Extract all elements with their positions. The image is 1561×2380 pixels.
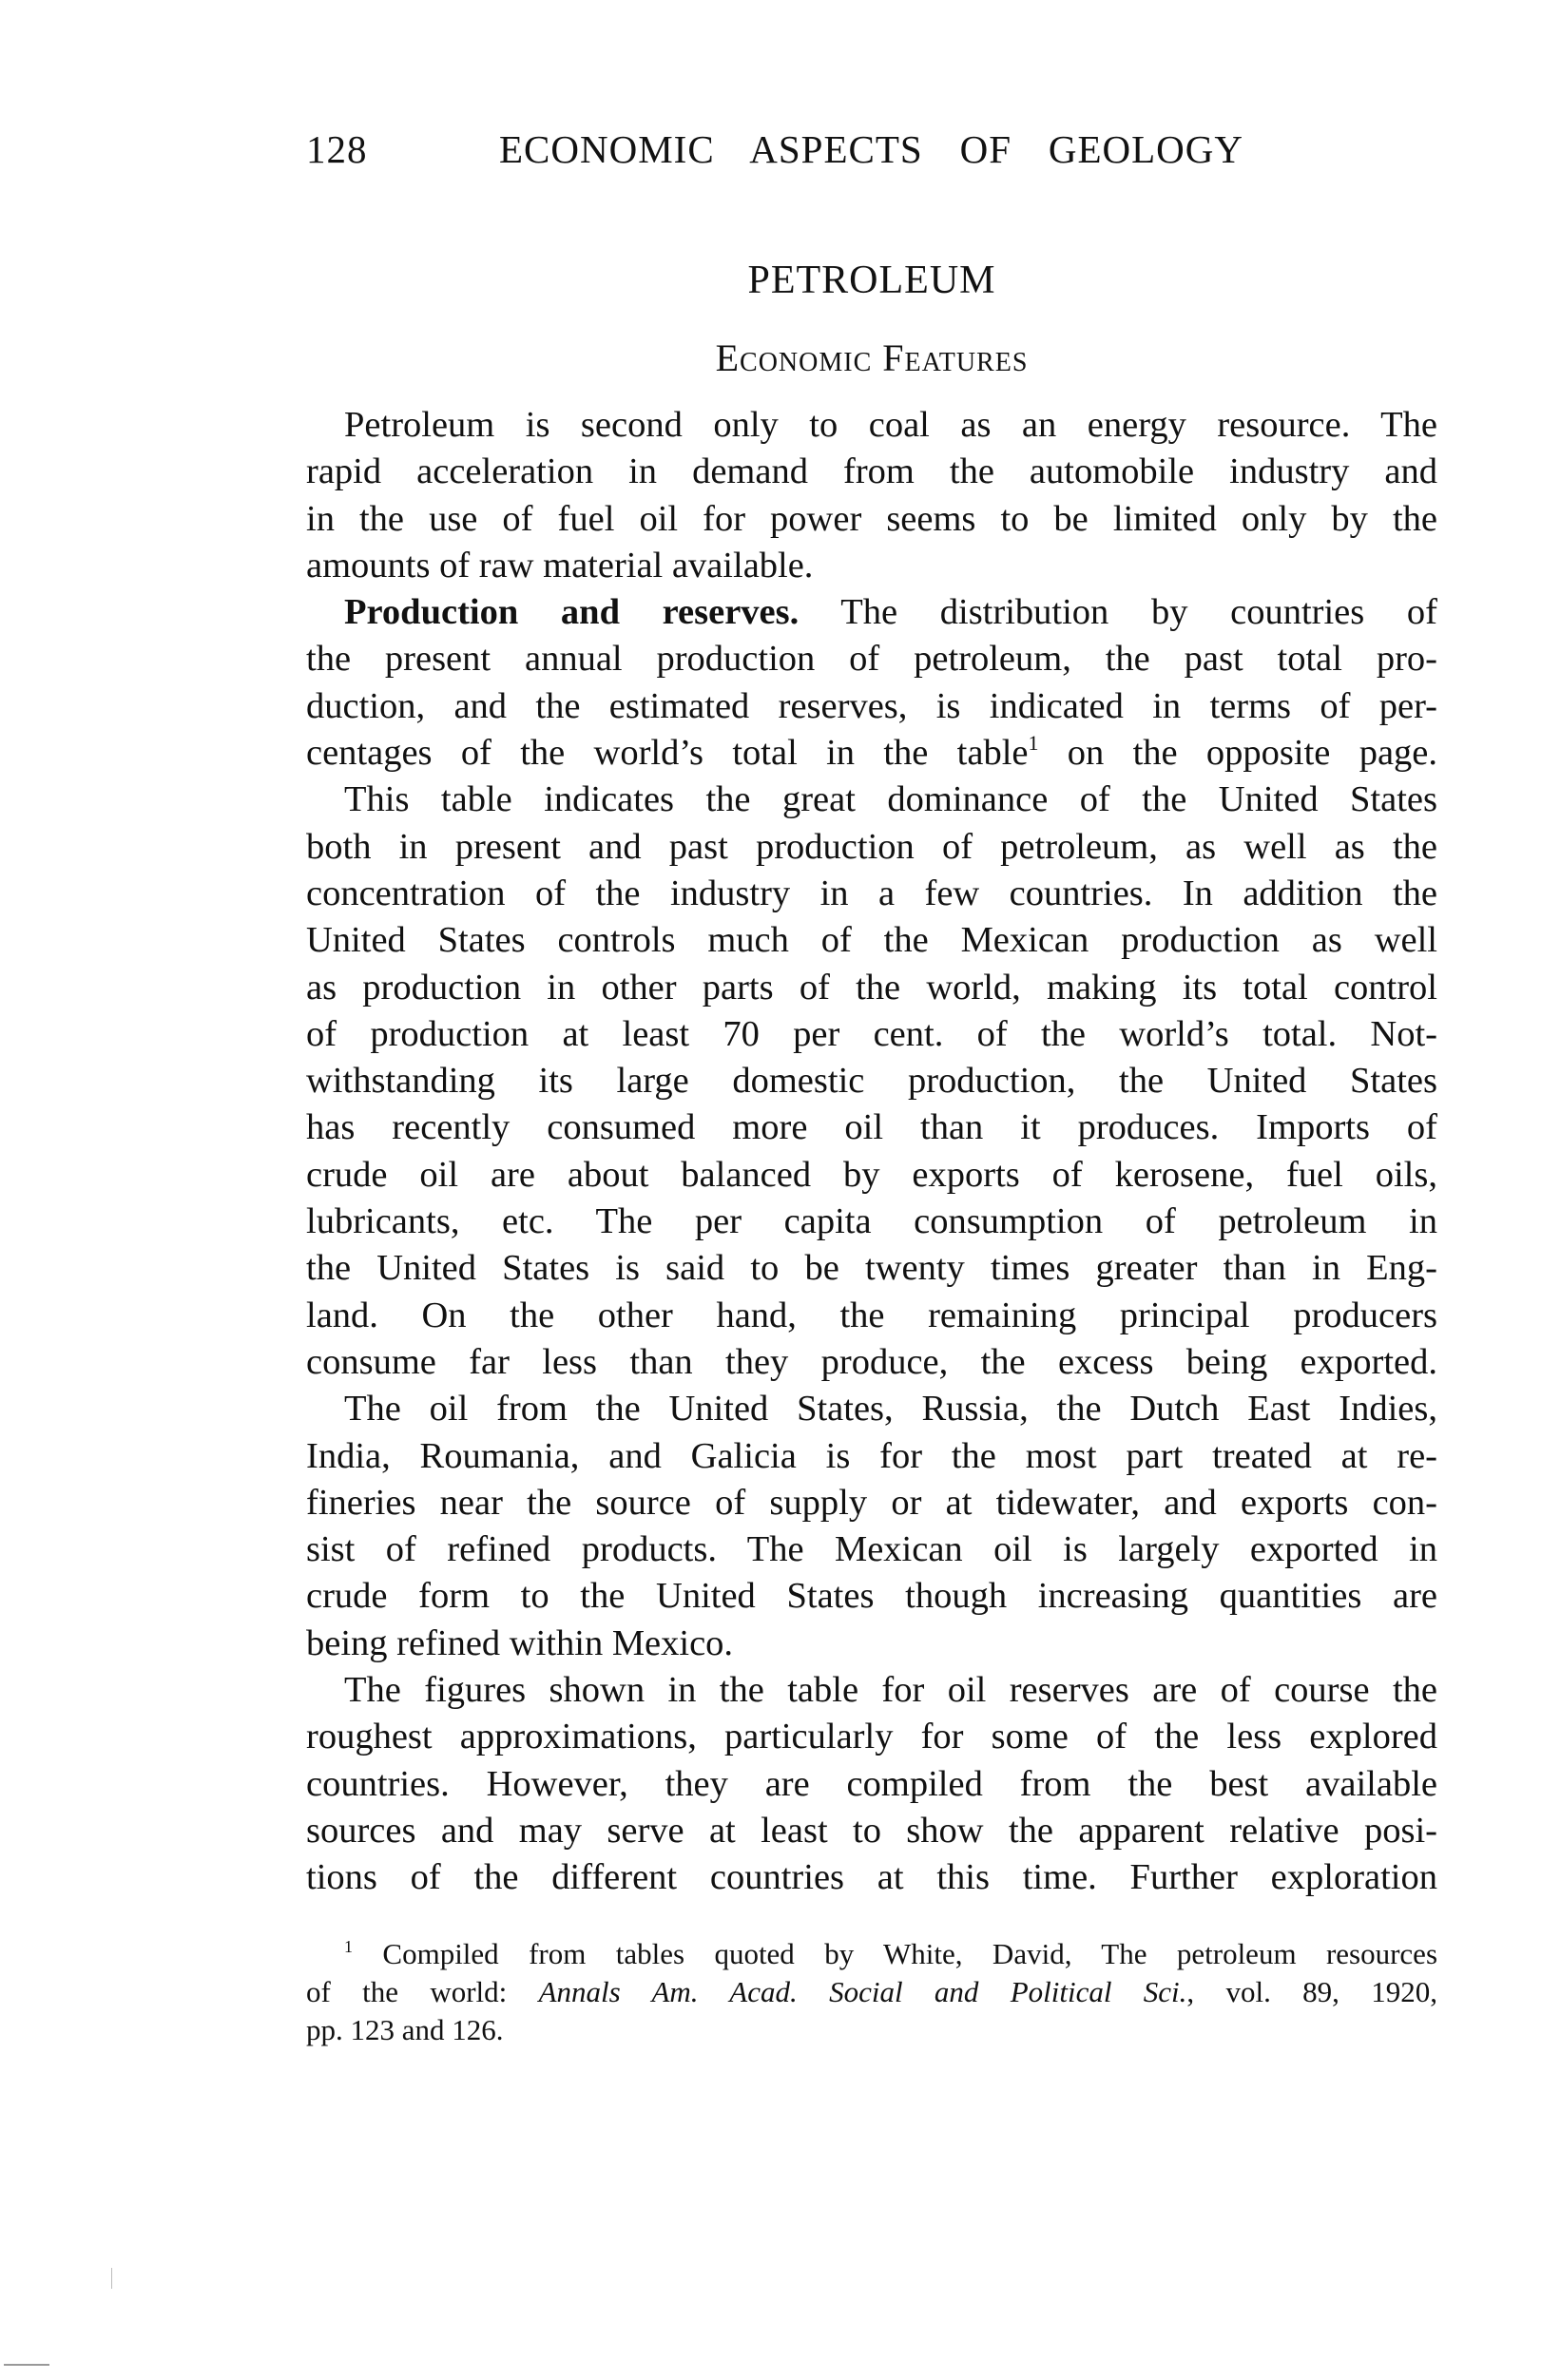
text-line: has recently consumed more oil than it p… bbox=[306, 1104, 1437, 1151]
text-line: sources and may serve at least to show t… bbox=[306, 1808, 1437, 1854]
text-line: being refined within Mexico. bbox=[306, 1621, 1437, 1667]
paragraph-5: The figures shown in the table for oil r… bbox=[306, 1667, 1437, 1901]
paragraph-2: Production and reserves. The distributio… bbox=[306, 589, 1437, 777]
scan-artifact bbox=[111, 2268, 112, 2289]
text-line: India, Roumania, and Galicia is for the … bbox=[306, 1433, 1437, 1480]
footnote: 1 Compiled from tables quoted by White, … bbox=[306, 1935, 1437, 2049]
run-in-heading: Production and reserves. bbox=[344, 592, 799, 632]
text-line: concentration of the industry in a few c… bbox=[306, 871, 1437, 917]
footnote-reference[interactable]: 1 bbox=[1028, 731, 1038, 755]
paragraph-1: Petroleum is second only to coal as an e… bbox=[306, 402, 1437, 589]
text-line: roughest approximations, particularly fo… bbox=[306, 1714, 1437, 1760]
footnote-text: , vol. 89, 1920, bbox=[1186, 1975, 1437, 2008]
text-line: Production and reserves. The distributio… bbox=[306, 589, 1437, 636]
text-line: crude form to the United States though i… bbox=[306, 1573, 1437, 1620]
text-line: rapid acceleration in demand from the au… bbox=[306, 449, 1437, 495]
running-head: 128 ECONOMIC ASPECTS OF GEOLOGY bbox=[306, 125, 1247, 173]
text-span: on the opposite page. bbox=[1038, 733, 1437, 773]
paragraph-4: The oil from the United States, Russia, … bbox=[306, 1386, 1437, 1667]
text-line: The oil from the United States, Russia, … bbox=[306, 1386, 1437, 1432]
footnote-line: pp. 123 and 126. bbox=[306, 2011, 1437, 2049]
text-line: lubricants, etc. The per capita consumpt… bbox=[306, 1199, 1437, 1245]
text-line: withstanding its large domestic producti… bbox=[306, 1058, 1437, 1104]
text-line: in the use of fuel oil for power seems t… bbox=[306, 496, 1437, 543]
footnote-line: of the world: Annals Am. Acad. Social an… bbox=[306, 1973, 1437, 2011]
text-line: crude oil are about balanced by exports … bbox=[306, 1152, 1437, 1199]
footnote-marker: 1 bbox=[344, 1937, 353, 1956]
footnote-line: 1 Compiled from tables quoted by White, … bbox=[306, 1935, 1437, 1973]
book-title: ECONOMIC ASPECTS OF GEOLOGY bbox=[499, 125, 1243, 173]
text-span: The distribution by countries of bbox=[799, 592, 1437, 632]
scan-artifact bbox=[4, 2364, 49, 2366]
text-line: fineries near the source of supply or at… bbox=[306, 1480, 1437, 1526]
text-line: This table indicates the great dominance… bbox=[306, 777, 1437, 823]
text-line: duction, and the estimated reserves, is … bbox=[306, 683, 1437, 730]
body-text: Petroleum is second only to coal as an e… bbox=[306, 402, 1437, 1902]
text-line: countries. However, they are compiled fr… bbox=[306, 1761, 1437, 1808]
text-line: as production in other parts of the worl… bbox=[306, 965, 1437, 1011]
section-title: Economic Features bbox=[306, 335, 1437, 382]
text-line: both in present and past production of p… bbox=[306, 824, 1437, 871]
text-line: the United States is said to be twenty t… bbox=[306, 1245, 1437, 1292]
text-line: centages of the world’s total in the tab… bbox=[306, 730, 1437, 777]
footnote-text: of the world: bbox=[306, 1975, 539, 2008]
text-line: of production at least 70 per cent. of t… bbox=[306, 1011, 1437, 1058]
text-line: The figures shown in the table for oil r… bbox=[306, 1667, 1437, 1714]
text-line: consume far less than they produce, the … bbox=[306, 1339, 1437, 1386]
chapter-title: PETROLEUM bbox=[306, 257, 1437, 304]
text-span: centages of the world’s total in the tab… bbox=[306, 733, 1028, 773]
journal-title: Annals Am. Acad. Social and Political Sc… bbox=[539, 1975, 1187, 2008]
text-line: the present annual production of petrole… bbox=[306, 636, 1437, 682]
text-line: land. On the other hand, the remaining p… bbox=[306, 1293, 1437, 1339]
text-line: amounts of raw material available. bbox=[306, 543, 1437, 589]
text-line: sist of refined products. The Mexican oi… bbox=[306, 1526, 1437, 1573]
page-number: 128 bbox=[306, 125, 368, 173]
paragraph-3: This table indicates the great dominance… bbox=[306, 777, 1437, 1386]
text-line: Petroleum is second only to coal as an e… bbox=[306, 402, 1437, 449]
footnote-text: Compiled from tables quoted by White, Da… bbox=[382, 1937, 1437, 1970]
text-line: tions of the different countries at this… bbox=[306, 1854, 1437, 1901]
text-line: United States controls much of the Mexic… bbox=[306, 917, 1437, 964]
